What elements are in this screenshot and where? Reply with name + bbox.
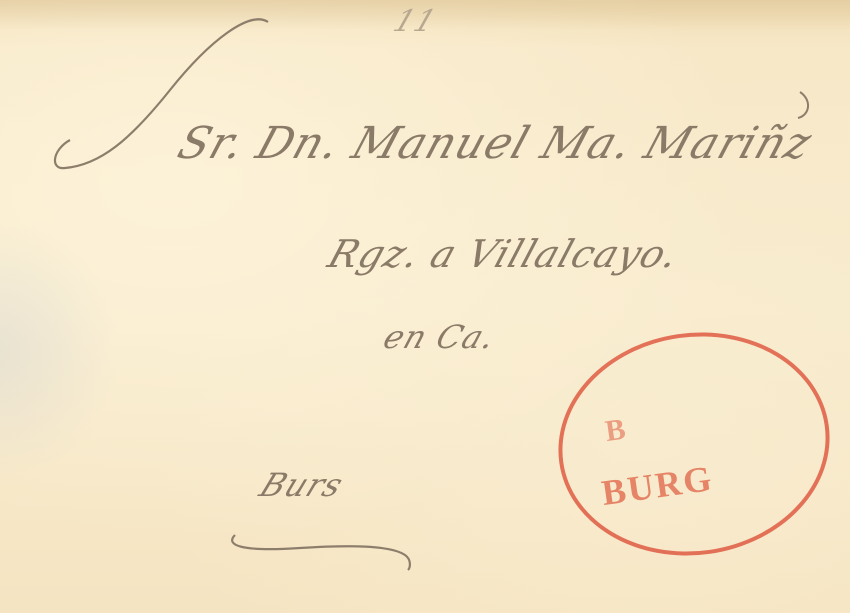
address-line-3: en Ca. [379,318,501,356]
address-line-2: Rgz. a Villalcayo. [323,232,685,276]
signature: Burs [254,466,349,504]
postmark-line-1: B [603,412,630,449]
address-line-1: Sr. Dn. Manuel Ma. Mariñz [172,118,819,169]
signature-underline [232,535,410,570]
tilde-flourish [798,92,808,118]
letter-cover: 11 Sr. Dn. Manuel Ma. Mariñz Rgz. a Vill… [0,0,850,613]
postmark-line-2: BURG [599,457,716,514]
